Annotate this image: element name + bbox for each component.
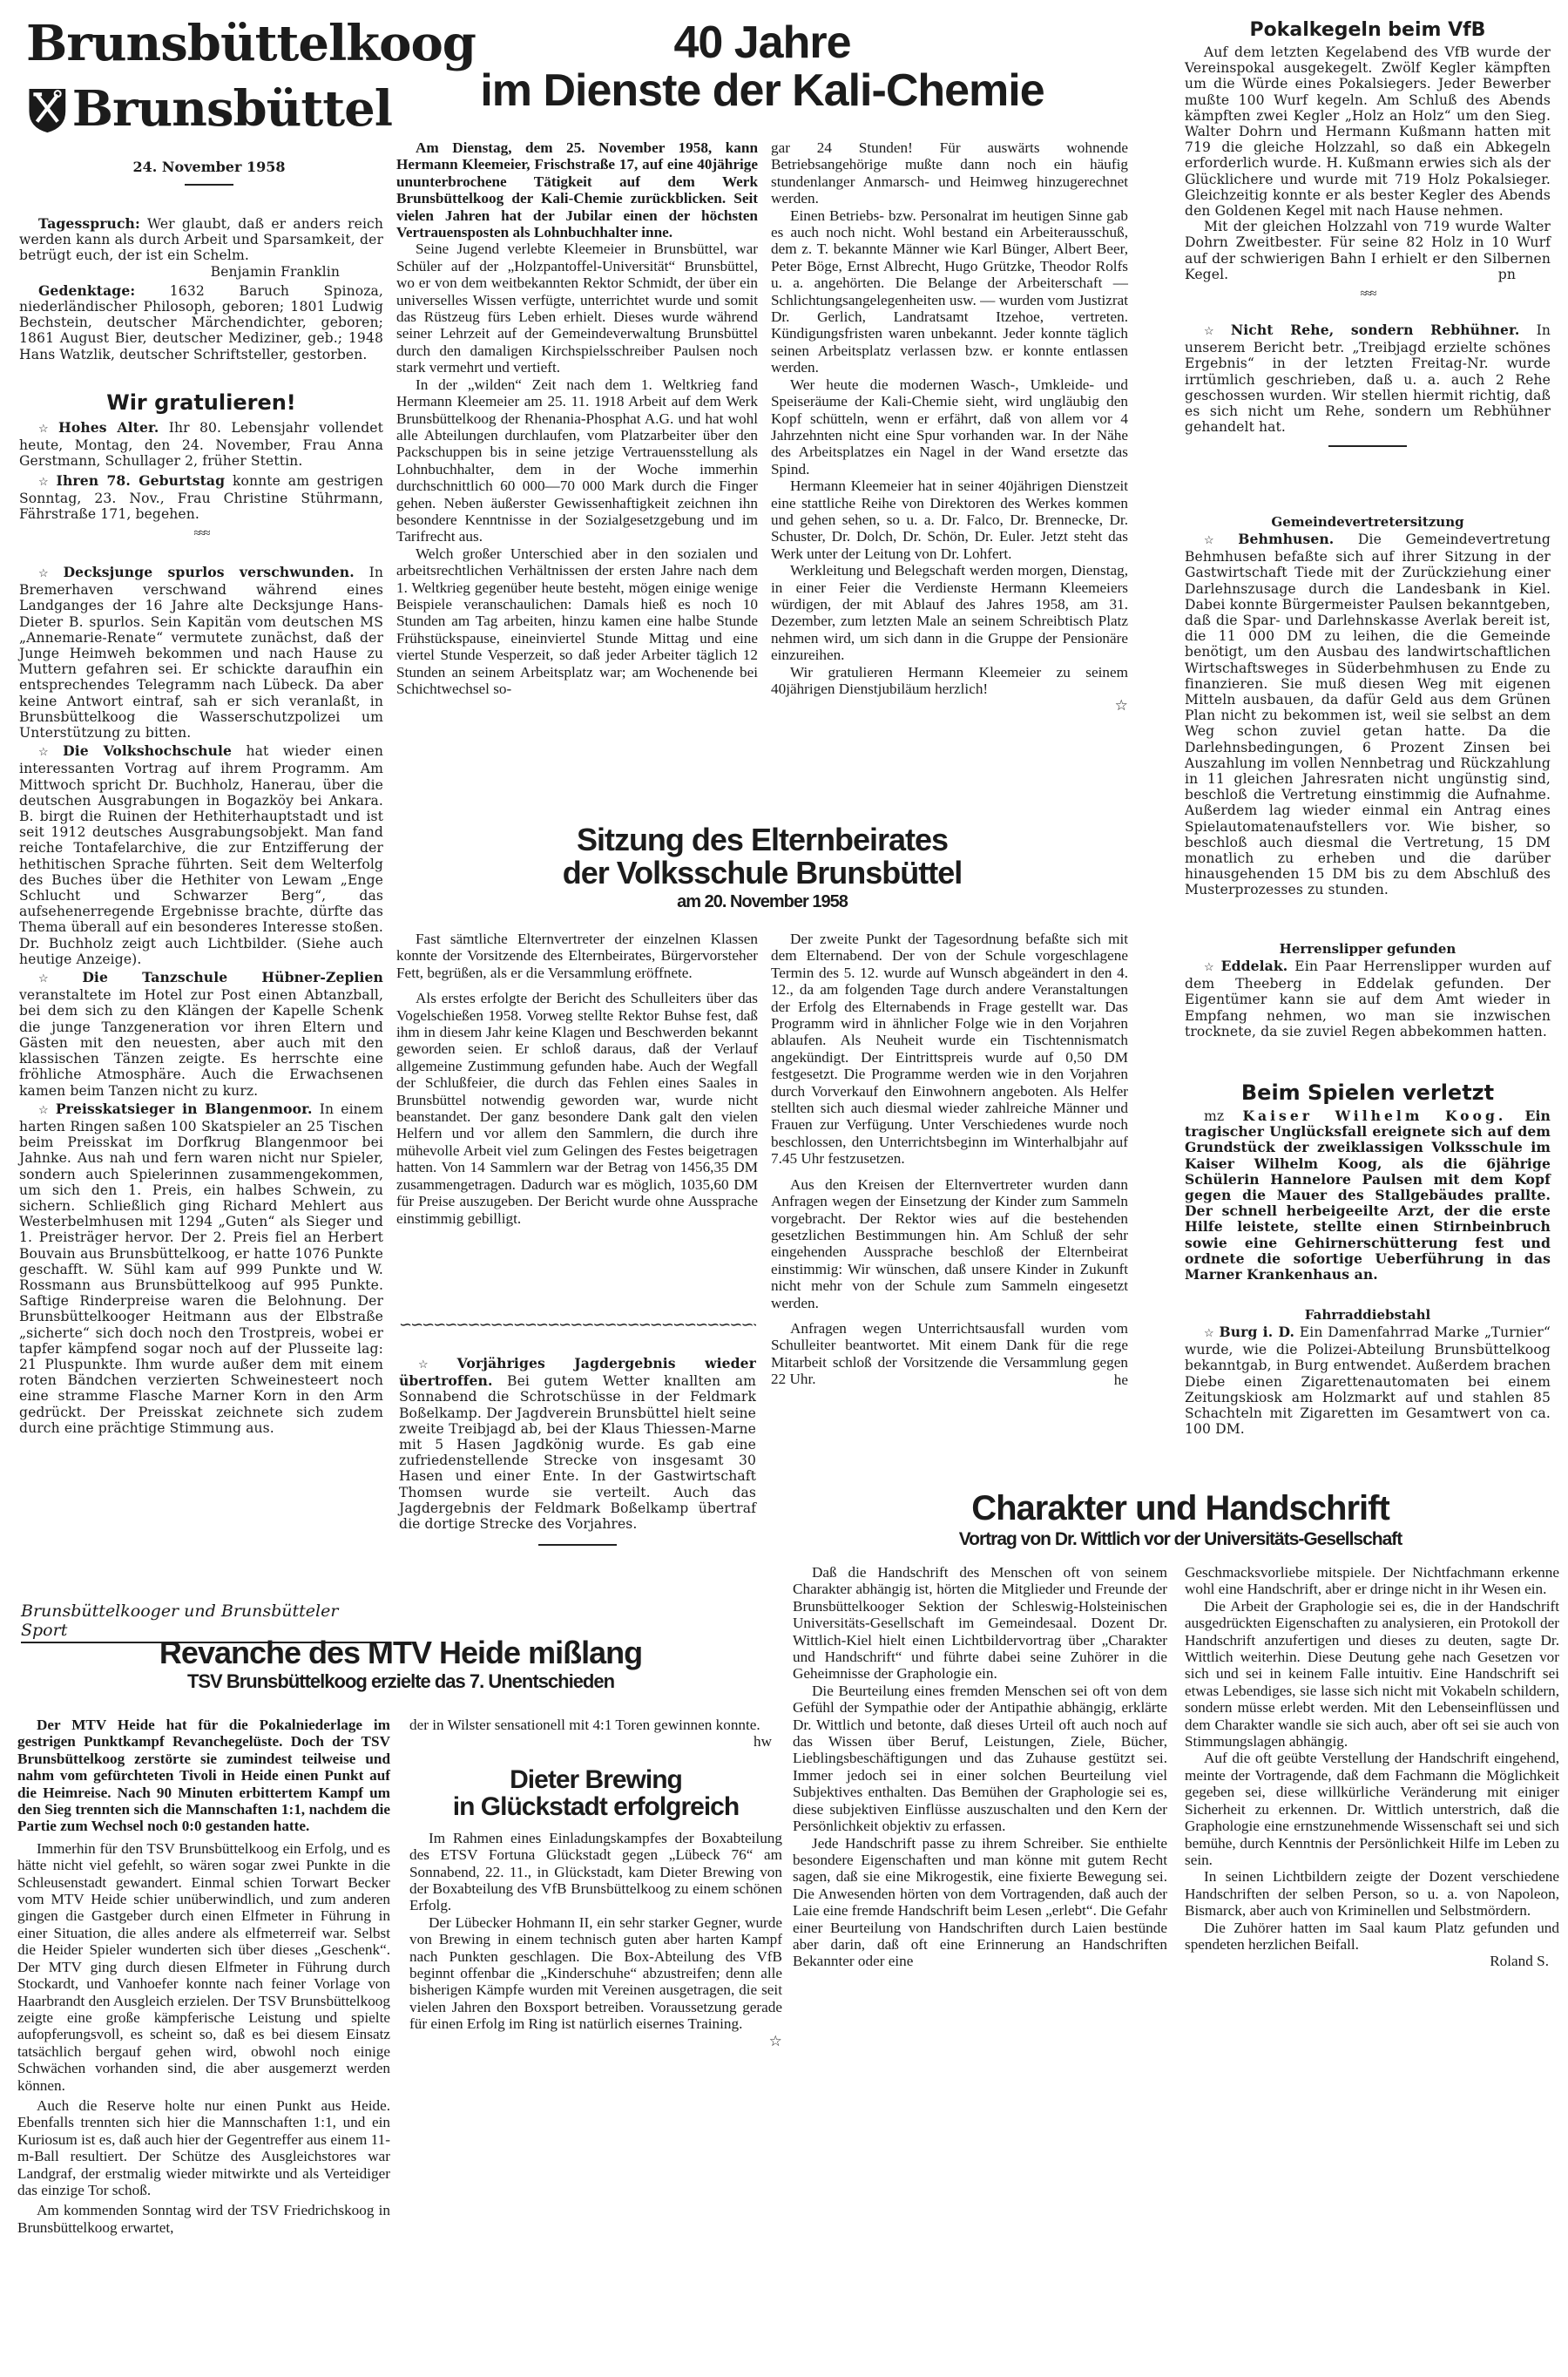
spielen-article: Beim Spielen verletzt mz Kaiser Wilhelm … — [1185, 1080, 1551, 1283]
divider — [185, 184, 233, 186]
brewing-paragraph: Im Rahmen eines Einladungskampfes der Bo… — [409, 1830, 782, 1914]
eltern-col-2: Der zweite Punkt der Tagesordnung befaßt… — [771, 931, 1128, 1388]
jagd-article: ☆Vorjähriges Jagdergebnis wieder übertro… — [399, 1356, 756, 1546]
kali-paragraph: Werkleitung und Belegschaft werden morge… — [771, 562, 1128, 663]
brewing-title-2: in Glückstadt erfolgreich — [409, 1793, 782, 1821]
rebhuehner-article: ☆Nicht Rehe, sondern Rebhühner. In unser… — [1185, 322, 1551, 447]
slipper-article: Herrenslipper gefunden ☆Eddelak. Ein Paa… — [1185, 941, 1551, 1040]
jagd-text: Bei gutem Wetter knallten am Sonnabend d… — [399, 1373, 756, 1532]
slipper-lead: Eddelak. — [1221, 958, 1288, 974]
mtv-byline: hw — [409, 1733, 782, 1750]
eltern-col-1: Fast sämtliche Elternvertreter der einze… — [396, 931, 758, 1227]
kali-paragraph: Seine Jugend verlebte Kleemeier in Bruns… — [396, 240, 758, 376]
charakter-paragraph: Die Zuhörer hatten im Saal kaum Platz ge… — [1185, 1920, 1559, 1954]
charakter-col-2: Geschmacksvorliebe mitspiele. Der Nichtf… — [1185, 1564, 1559, 1970]
kali-article: 40 Jahre im Dienste der Kali-Chemie — [396, 19, 1128, 114]
mtv-lead: Der MTV Heide hat für die Pokalniederlag… — [17, 1717, 390, 1835]
brief-item: ☆Die Volkshochschule hat wieder einen in… — [19, 743, 383, 967]
mtv-article: Revanche des MTV Heide mißlang TSV Bruns… — [17, 1636, 784, 1691]
charakter-paragraph: In seinen Lichtbildern zeigte der Dozent… — [1185, 1868, 1559, 1919]
gemeinde-text: Die Gemeindevertretung Behmhusen befaßte… — [1185, 532, 1551, 897]
mtv-paragraph: Immerhin für den TSV Brunsbüttelkoog ein… — [17, 1840, 390, 2094]
gemeinde-lead: Behmhusen. — [1238, 531, 1334, 547]
brewing-paragraph: Der Lübecker Hohmann II, ein sehr starke… — [409, 1914, 782, 2033]
star-icon: ☆ — [1204, 534, 1233, 547]
rebhuehner-lead: Nicht Rehe, sondern Rebhühner. — [1231, 322, 1520, 338]
star-icon: ☆ — [38, 972, 78, 985]
brief-text: veranstaltete im Hotel zur Post einen Ab… — [19, 987, 383, 1098]
eltern-paragraph: Aus den Kreisen der Elternvertreter wurd… — [771, 1176, 1128, 1311]
star-icon: ☆ — [38, 423, 54, 436]
kali-paragraph: Wir gratulieren Hermann Kleemeier zu sei… — [771, 664, 1128, 698]
star-icon: ☆ — [38, 476, 52, 489]
kali-paragraph: Hermann Kleemeier hat in seiner 40jährig… — [771, 477, 1128, 562]
kali-lead: Am Dienstag, dem 25. November 1958, kann… — [396, 139, 758, 240]
gemeinde-article: Gemeindevertretersitzung ☆Behmhusen. Die… — [1185, 514, 1551, 898]
kali-paragraph: In der „wilden“ Zeit nach dem 1. Weltkri… — [396, 376, 758, 545]
charakter-paragraph: Auf die oft geübte Verstellung der Hands… — [1185, 1750, 1559, 1868]
star-icon: ☆ — [38, 567, 59, 580]
spielen-text: Ein tragischer Unglücksfall ereignete si… — [1185, 1107, 1551, 1283]
charakter-paragraph: Die Beurteilung eines fremden Menschen s… — [793, 1683, 1167, 1835]
star-icon: ☆ — [418, 1358, 453, 1371]
eltern-byline: he — [771, 1371, 1128, 1388]
masthead-title-1: Brunsbüttelkoog — [26, 19, 392, 68]
brief-item: ☆Die Tanzschule Hübner-Zeplien veranstal… — [19, 970, 383, 1099]
charakter-col-1: Daß die Handschrift des Menschen oft von… — [793, 1564, 1167, 1970]
eltern-article: Sitzung des Elternbeirates der Volksschu… — [396, 823, 1128, 911]
spielen-title: Beim Spielen verletzt — [1185, 1080, 1551, 1105]
mtv-paragraph: Auch die Reserve holte nur einen Punkt a… — [17, 2097, 390, 2198]
mtv-paragraph: Am kommenden Sonntag wird der TSV Friedr… — [17, 2202, 390, 2236]
kali-col-2: gar 24 Stunden! Für auswärts wohnende Be… — [771, 139, 1128, 714]
brief-lead: Decksjunge spurlos verschwunden. — [64, 564, 355, 580]
masthead-date: 24. November 1958 — [26, 159, 392, 175]
divider — [538, 1544, 617, 1546]
brief-lead: Die Tanzschule Hübner-Zeplien — [82, 969, 383, 985]
kali-paragraph: gar 24 Stunden! Für auswärts wohnende Be… — [771, 139, 1128, 207]
charakter-paragraph: Die Arbeit der Graphologie sei es, die i… — [1185, 1598, 1559, 1751]
eltern-paragraph: Fast sämtliche Elternvertreter der einze… — [396, 931, 758, 981]
pokal-title: Pokalkegeln beim VfB — [1185, 19, 1551, 41]
brief-item: ☆Decksjunge spurlos verschwunden. In Bre… — [19, 565, 383, 741]
eltern-title-2: der Volksschule Brunsbüttel — [396, 857, 1128, 890]
fahrrad-lead: Burg i. D. — [1219, 1324, 1294, 1340]
star-icon: ☆ — [38, 746, 58, 759]
pokal-paragraph: Auf dem letzten Kegelabend des VfB wurde… — [1185, 44, 1551, 219]
star-icon: ☆ — [1115, 697, 1128, 714]
star-icon: ☆ — [769, 2033, 782, 2049]
kali-title-2: im Dienste der Kali-Chemie — [396, 67, 1128, 115]
mtv-continuation: der in Wilster sensationell mit 4:1 Tore… — [409, 1717, 782, 1733]
eltern-title-1: Sitzung des Elternbeirates — [396, 823, 1128, 857]
rebhuehner-text: In unserem Bericht betr. „Treibjagd erzi… — [1185, 322, 1551, 435]
brief-text: hat wieder einen interessanten Vortrag a… — [19, 743, 383, 967]
fahrrad-text: Ein Damenfahrrad Marke „Turnier“ wurde, … — [1185, 1324, 1551, 1437]
mtv-col-1: Der MTV Heide hat für die Pokalniederlag… — [17, 1717, 390, 2236]
pokal-byline: pn — [1185, 267, 1551, 282]
kali-paragraph: Welch großer Unterschied aber in den soz… — [396, 545, 758, 698]
congrats-lead: Hohes Alter. — [58, 419, 159, 436]
mtv-col-2: der in Wilster sensationell mit 4:1 Tore… — [409, 1717, 782, 2049]
briefs-section: ☆Decksjunge spurlos verschwunden. In Bre… — [19, 565, 383, 1436]
charakter-paragraph: Daß die Handschrift des Menschen oft von… — [793, 1564, 1167, 1683]
congrats-lead: Ihren 78. Geburtstag — [57, 472, 226, 489]
gemeinde-title: Gemeindevertretersitzung — [1185, 514, 1551, 530]
brief-lead: Die Volkshochschule — [63, 742, 232, 759]
brief-text: In einem harten Ringen saßen 100 Skatspi… — [19, 1101, 383, 1436]
eltern-subtitle: am 20. November 1958 — [396, 893, 1128, 911]
masthead-title-2: Brunsbüttel — [72, 85, 392, 133]
masthead: Brunsbüttelkoog Brunsbüttel 24. November… — [26, 19, 392, 186]
charakter-paragraph: Jede Handschrift passe zu ihrem Schreibe… — [793, 1835, 1167, 1970]
squiggle-divider: ≈≈≈ — [1185, 288, 1551, 301]
author-initials: mz — [1204, 1108, 1224, 1124]
kali-paragraph: Wer heute die modernen Wasch-, Umkleide-… — [771, 376, 1128, 477]
congrats-title: Wir gratulieren! — [19, 390, 383, 415]
charakter-subtitle: Vortrag von Dr. Wittlich vor der Univers… — [801, 1530, 1559, 1549]
squiggle-divider: ≈≈≈ — [19, 527, 383, 541]
kali-col-1: Am Dienstag, dem 25. November 1958, kann… — [396, 139, 758, 697]
kali-paragraph: Einen Betriebs- bzw. Personalrat im heut… — [771, 207, 1128, 376]
charakter-article: Charakter und Handschrift Vortrag von Dr… — [801, 1490, 1559, 1549]
star-icon: ☆ — [1204, 961, 1217, 974]
quote-label: Tagesspruch: — [38, 215, 140, 232]
fahrrad-title: Fahrraddiebstahl — [1185, 1307, 1551, 1323]
brief-text: In Bremerhaven verschwand während eines … — [19, 565, 383, 741]
divider — [1328, 445, 1407, 447]
kali-title-1: 40 Jahre — [396, 19, 1128, 67]
slipper-title: Herrenslipper gefunden — [1185, 941, 1551, 957]
star-icon: ☆ — [1204, 1327, 1214, 1340]
mtv-title: Revanche des MTV Heide mißlang — [17, 1636, 784, 1669]
quote-author: Benjamin Franklin — [19, 264, 383, 280]
spielen-place: Kaiser Wilhelm Koog. — [1242, 1107, 1506, 1124]
charakter-paragraph: Geschmacksvorliebe mitspiele. Der Nichtf… — [1185, 1564, 1559, 1598]
congrats-section: Wir gratulieren! ☆Hohes Alter. Ihr 80. L… — [19, 390, 383, 541]
charakter-byline: Roland S. — [1185, 1953, 1559, 1969]
fahrrad-article: Fahrraddiebstahl ☆Burg i. D. Ein Damenfa… — [1185, 1307, 1551, 1437]
mtv-subtitle: TSV Brunsbüttelkoog erzielte das 7. Unen… — [17, 1671, 784, 1691]
star-icon: ☆ — [1204, 325, 1227, 338]
anniversaries-label: Gedenktage: — [38, 282, 135, 299]
daily-box: Tagesspruch: Wer glaubt, daß er anders r… — [19, 216, 383, 362]
brief-item: ☆Preisskatsieger in Blangenmoor. In eine… — [19, 1101, 383, 1436]
eltern-paragraph: Der zweite Punkt der Tagesordnung befaßt… — [771, 931, 1128, 1168]
brief-lead: Preisskatsieger in Blangenmoor. — [56, 1100, 313, 1117]
eltern-paragraph: Als erstes erfolgte der Bericht des Schu… — [396, 990, 758, 1227]
brewing-title-1: Dieter Brewing — [409, 1766, 782, 1794]
star-icon: ☆ — [38, 1104, 51, 1117]
charakter-title: Charakter und Handschrift — [801, 1490, 1559, 1527]
ornamental-border: ∽∽∽∽∽∽∽∽∽∽∽∽∽∽∽∽∽∽∽∽∽∽∽∽∽∽∽∽∽∽∽∽∽∽∽∽∽ — [399, 1316, 756, 1334]
town-crest-icon — [26, 73, 69, 145]
pokal-article: Pokalkegeln beim VfB Auf dem letzten Keg… — [1185, 19, 1551, 301]
